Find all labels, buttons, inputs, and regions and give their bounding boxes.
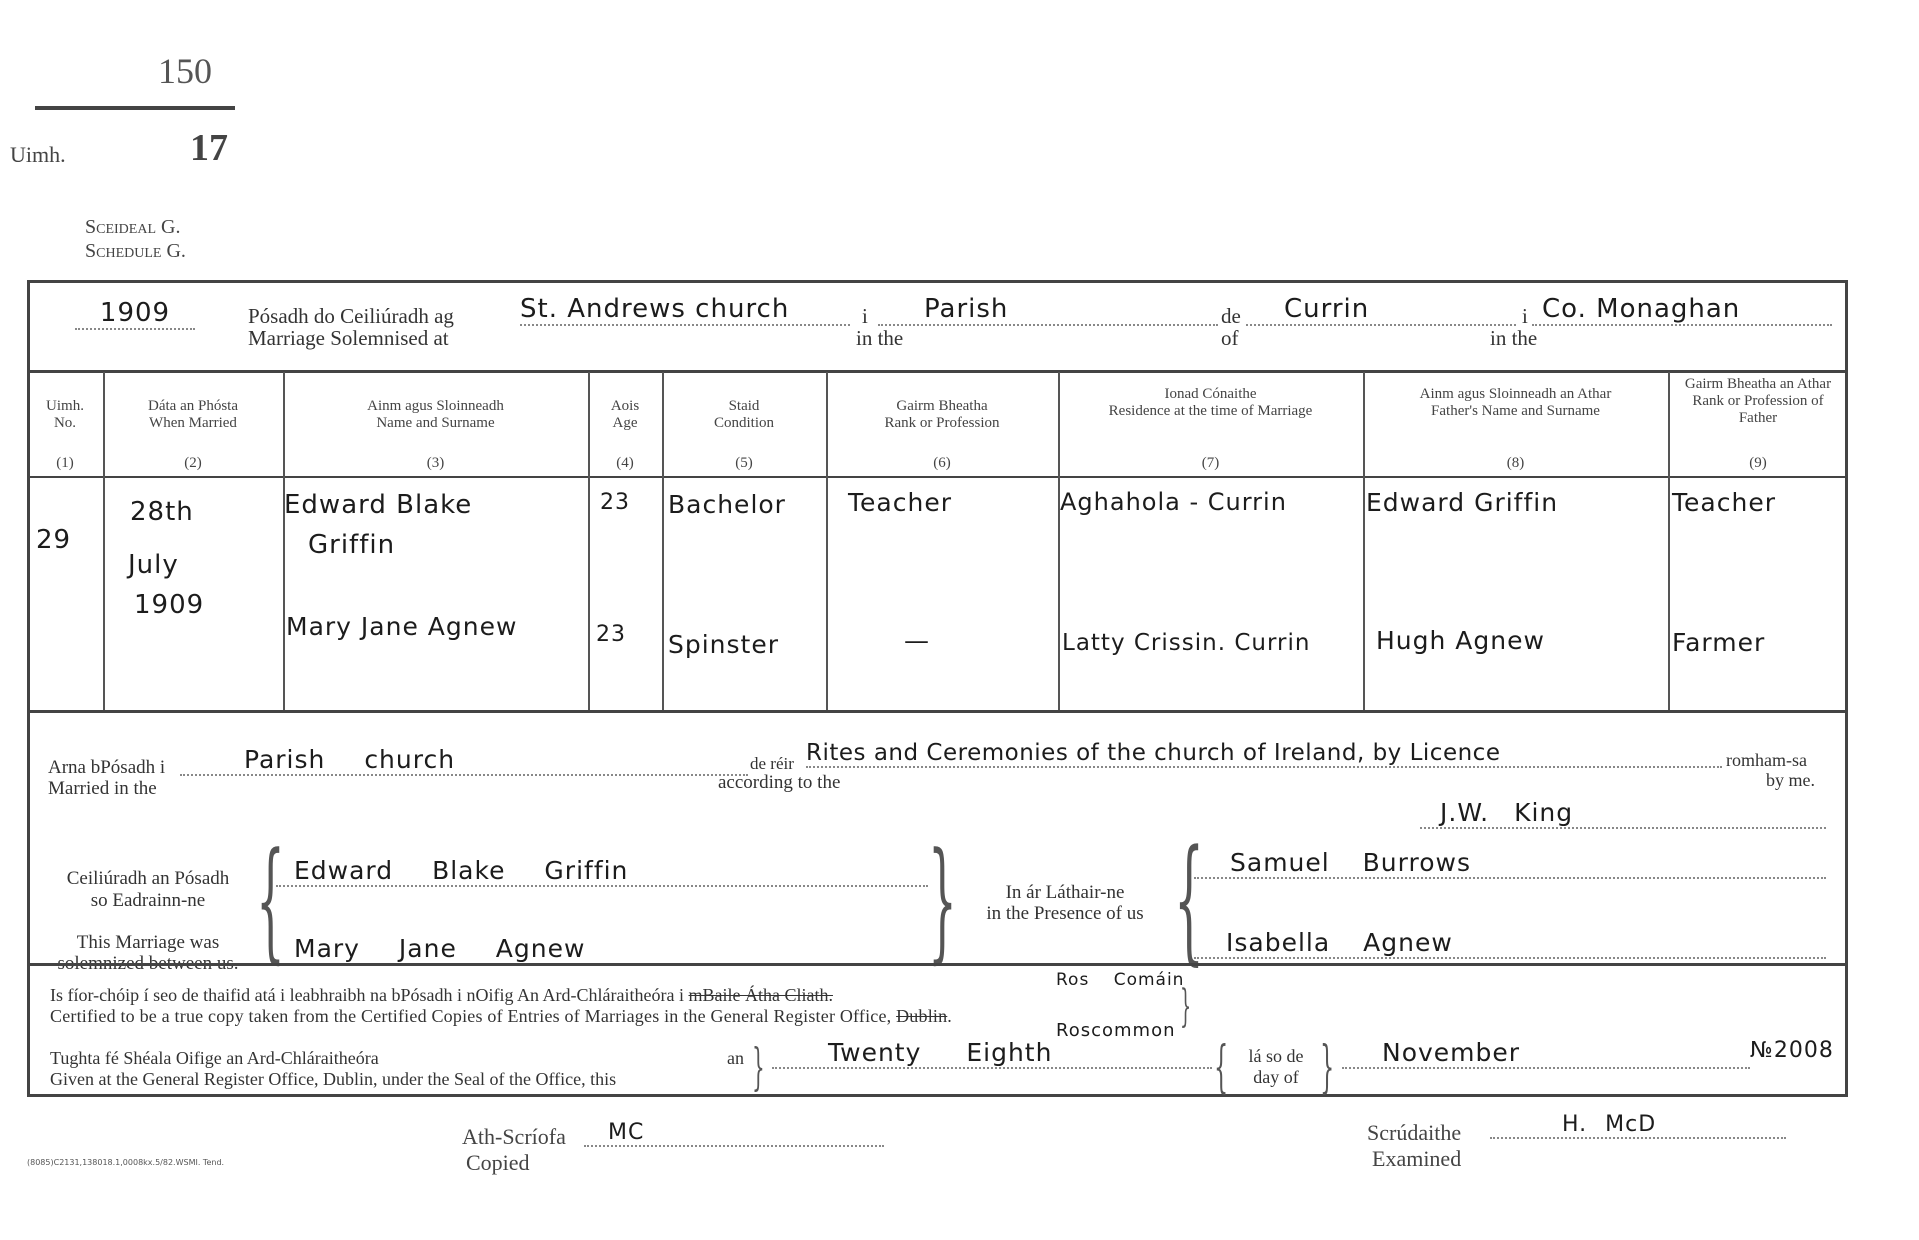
solemnised-at-label-english: Marriage Solemnised at [248,328,449,349]
in-the-label2: in the [1490,328,1537,349]
married-in-label-english: Married in the [48,778,157,799]
column-divider [1668,372,1670,710]
column-header-number: (1) [27,455,103,472]
column-header-english: No. [27,415,103,432]
column-header-irish: Uimh. [27,398,103,415]
given-label-irish: Tughta fé Shéala Oifige an Ard-Chláraith… [50,1048,379,1069]
copied-label-english: Copied [466,1150,530,1176]
marriage-county: Co. Monaghan [1532,294,1832,326]
entry-number: 29 [36,525,71,555]
column-header-irish: Gairm Bheatha an Athar [1668,376,1848,393]
column-header-number: (8) [1363,455,1668,472]
witnesses-divider [27,963,1848,966]
day-label-english: day of [1236,1067,1316,1088]
register-bottom-number: 17 [190,126,228,170]
column-header-english: Father's Name and Surname [1363,403,1668,420]
bride-condition: Spinster [668,630,779,659]
groom-name-line2: Griffin [308,530,395,560]
column-header-4: AoisAge(4) [588,372,662,478]
column-divider [103,372,105,710]
column-header-english: Name and Surname [283,415,588,432]
married-in-value: Parish church [180,745,748,776]
column-header-number: (4) [588,455,662,472]
officiant-signature: J.W. King [1420,798,1826,829]
print-code: (8085)C2131,138018.1,0008kx.5/82.WSMI. T… [27,1158,224,1167]
column-divider [662,372,664,710]
column-header-english: Residence at the time of Marriage [1058,403,1363,420]
column-header-english: When Married [103,415,283,432]
column-header-irish: Ainm agus Sloinneadh an Athar [1363,386,1668,403]
bride-residence: Latty Crissin. Currin [1062,630,1310,656]
column-header-3: Ainm agus SloinneadhName and Surname(3) [283,372,588,478]
certification-irish-struck: mBaile Átha Cliath. [688,985,832,1005]
column-header-number: (7) [1058,455,1363,472]
rites-value: Rites and Ceremonies of the church of Ir… [806,740,1722,768]
column-header-number: (3) [283,455,588,472]
examined-initials: H. McD [1490,1112,1786,1139]
column-header-english: Rank or Profession [826,415,1058,432]
column-header-irish: Staid [662,398,826,415]
parties-close-brace: } [928,835,957,965]
column-divider [283,372,285,710]
column-header-9: Gairm Bheatha an AtharRank or Profession… [1668,372,1848,478]
an-label: an [727,1048,744,1069]
marriage-townland: Currin [1246,294,1516,326]
certificate-year: №2008 [1750,1038,1834,1063]
column-header-1: Uimh.No.(1) [27,372,103,478]
day-open-brace: { [1214,1040,1228,1096]
solemnised-at-label-irish: Pósadh do Ceiliúradh ag [248,306,454,327]
column-divider [826,372,828,710]
bride-father-profession: Farmer [1672,628,1765,657]
certification-irish: Is fíor-chóip í seo de thaifid atá i lea… [50,985,833,1006]
groom-signature: Edward Blake Griffin [276,856,928,887]
column-header-number: (2) [103,455,283,472]
copied-label-irish: Ath-Scríofa [462,1124,566,1150]
entry-date-year: 1909 [134,590,204,620]
number-label: Uimh. [10,142,66,168]
entry-date-day: 28th [130,497,194,527]
witness-2-signature: Isabella Agnew [1194,928,1826,959]
column-header-8: Ainm agus Sloinneadh an AtharFather's Na… [1363,372,1668,478]
register-divider [35,106,235,110]
copied-initials: MC [584,1120,884,1147]
groom-residence: Aghahola - Currin [1060,488,1287,516]
column-header-english: Condition [662,415,826,432]
bride-father-name: Hugh Agnew [1376,626,1545,655]
witness-label-english: in the Presence of us [960,903,1170,924]
groom-condition: Bachelor [668,490,786,519]
bride-age: 23 [596,622,626,647]
groom-age: 23 [600,490,630,515]
entries-divider [27,710,1848,713]
bride-profession: — [904,626,930,655]
column-header-irish: Dáta an Phósta [103,398,283,415]
according-label-english: according to the [718,772,840,793]
examined-label-irish: Scrúdaithe [1367,1120,1461,1146]
certification-english: Certified to be a true copy taken from t… [50,1006,952,1027]
column-header-irish: Ainm agus Sloinneadh [283,398,588,415]
marriage-year: 1909 [75,298,195,330]
witness-label-irish: In ár Láthair-ne [960,882,1170,903]
according-label-irish: de réir [750,753,794,774]
by-me-label-english: by me. [1766,770,1815,791]
certificate-month: November [1342,1038,1750,1069]
column-divider [1058,372,1060,710]
schedule-english: Schedule G. [85,240,186,263]
by-me-label-irish: romham-sa [1726,750,1807,771]
groom-name-line1: Edward Blake [284,490,472,520]
of-label: of [1221,328,1239,349]
examined-label-english: Examined [1372,1146,1461,1172]
given-close-brace: } [752,1042,765,1092]
certification-irish-text: Is fíor-chóip í seo de thaifid atá i lea… [50,985,684,1005]
parties-label-english-1: This Marriage was [48,932,248,953]
column-header-english: Age [588,415,662,432]
column-header-number: (6) [826,455,1058,472]
bride-name: Mary Jane Agnew [286,612,517,641]
connector-i2: i [1522,306,1528,327]
marriage-district: Parish [878,294,1218,326]
entry-date-month: July [128,550,179,580]
day-label-irish: lá so de [1236,1046,1316,1067]
column-header-number: (9) [1668,455,1848,472]
column-divider [588,372,590,710]
certification-close-brace: } [1180,985,1191,1029]
given-label-english: Given at the General Register Office, Du… [50,1069,616,1090]
certification-english-struck: Dublin [896,1006,947,1026]
parties-label-irish-2: so Eadrainn-ne [48,890,248,911]
certification-english-text: Certified to be a true copy taken from t… [50,1006,891,1026]
column-header-5: StaidCondition(5) [662,372,826,478]
parties-label-irish-1: Ceiliúradh an Pósadh [48,868,248,889]
column-header-irish: Gairm Bheatha [826,398,1058,415]
column-header-english: Rank or Profession of Father [1668,393,1848,427]
bride-signature: Mary Jane Agnew [276,934,928,965]
column-header-irish: Aois [588,398,662,415]
column-header-6: Gairm BheathaRank or Profession(6) [826,372,1058,478]
witness-1-signature: Samuel Burrows [1194,848,1826,879]
certificate-day: Twenty Eighth [772,1038,1212,1069]
certification-irish-replacement: Ros Comáin [1056,970,1184,990]
groom-father-name: Edward Griffin [1366,488,1558,517]
register-top-number: 150 [158,50,212,92]
married-in-label-irish: Arna bPósadh i [48,757,165,778]
column-header-7: Ionad CónaitheResidence at the time of M… [1058,372,1363,478]
connector-i: i [862,306,868,327]
groom-father-profession: Teacher [1672,488,1776,517]
column-divider [1363,372,1365,710]
in-the-label: in the [856,328,903,349]
day-close-brace: } [1320,1040,1334,1096]
de-label: de [1221,306,1241,327]
column-header-number: (5) [662,455,826,472]
column-header-2: Dáta an PhóstaWhen Married(2) [103,372,283,478]
schedule-irish: Sceideal G. [85,216,180,239]
marriage-place: St. Andrews church [520,294,850,326]
column-header-irish: Ionad Cónaithe [1058,386,1363,403]
groom-profession: Teacher [848,488,952,517]
column-header-divider [27,476,1848,478]
